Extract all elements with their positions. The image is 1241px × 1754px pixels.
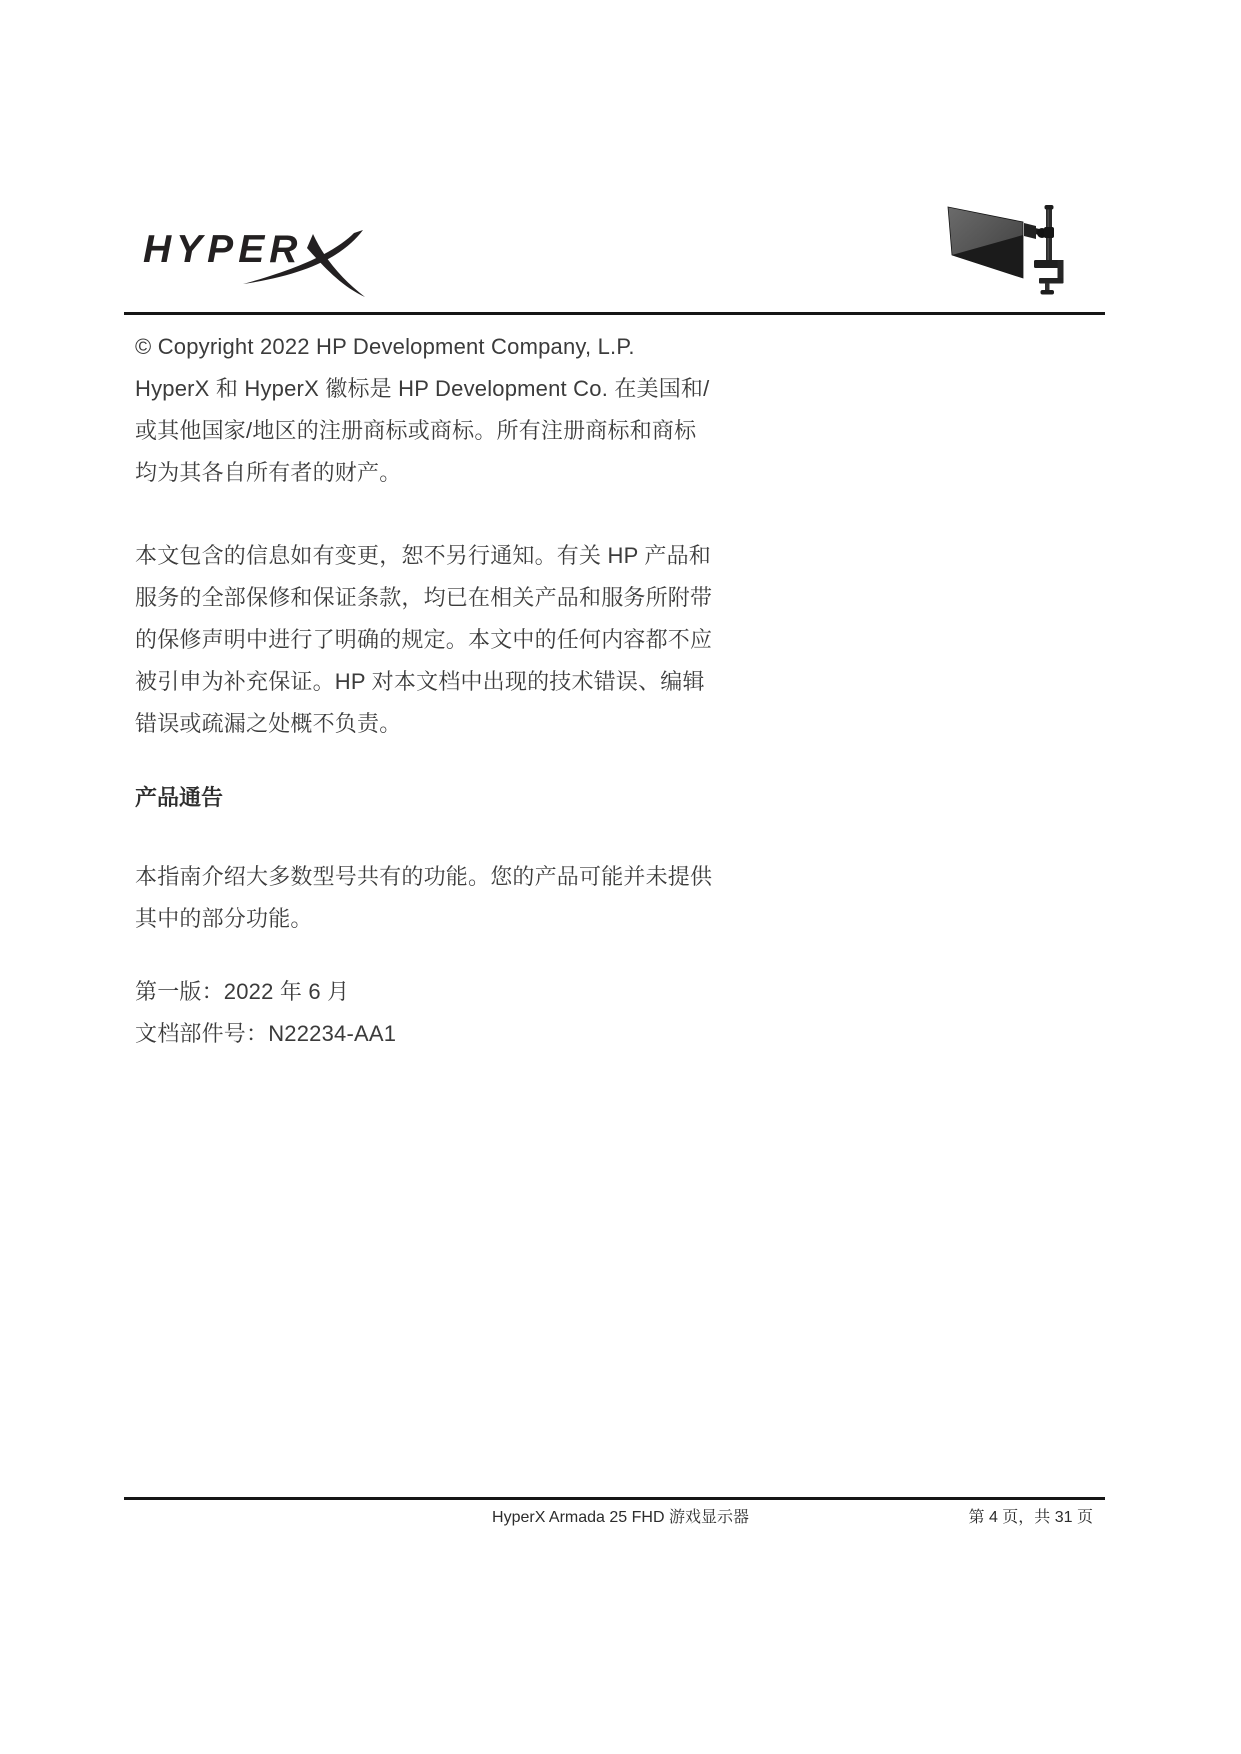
header-rule [124,312,1105,315]
document-page: HYPER © Copyright 2022 [0,0,1241,1754]
product-notice-text: 本指南介绍大多数型号共有的功能。您的产品可能并未提供 其中的部分功能。 [135,856,795,940]
content-column: © Copyright 2022 HP Development Company,… [135,326,795,1096]
footer-rule [124,1497,1105,1500]
hyperx-logo-wordmark: HYPER [143,228,302,271]
product-notice-heading: 产品通告 [135,777,795,819]
hyperx-logo: HYPER [141,218,376,303]
footer-page-number: 第 4 页，共 31 页 [969,1506,1093,1530]
arm-pole-cap [1045,205,1054,210]
edition-text: 第一版：2022 年 6 月 文档部件号：N22234-AA1 [135,971,795,1055]
clamp-bottom-lip [1039,278,1064,284]
arm-collar [1044,227,1054,238]
copyright-text: © Copyright 2022 HP Development Company,… [135,326,795,494]
panel-bracket [1024,223,1036,239]
legal-notice-text: 本文包含的信息如有变更，恕不另行通知。有关 HP 产品和 服务的全部保修和保证条… [135,535,795,745]
hyperx-logo-x-blade-right [307,234,365,297]
clamp-screw-stem [1045,283,1050,291]
monitor-arm-illustration [938,193,1078,303]
clamp-screw-knob [1041,290,1055,295]
